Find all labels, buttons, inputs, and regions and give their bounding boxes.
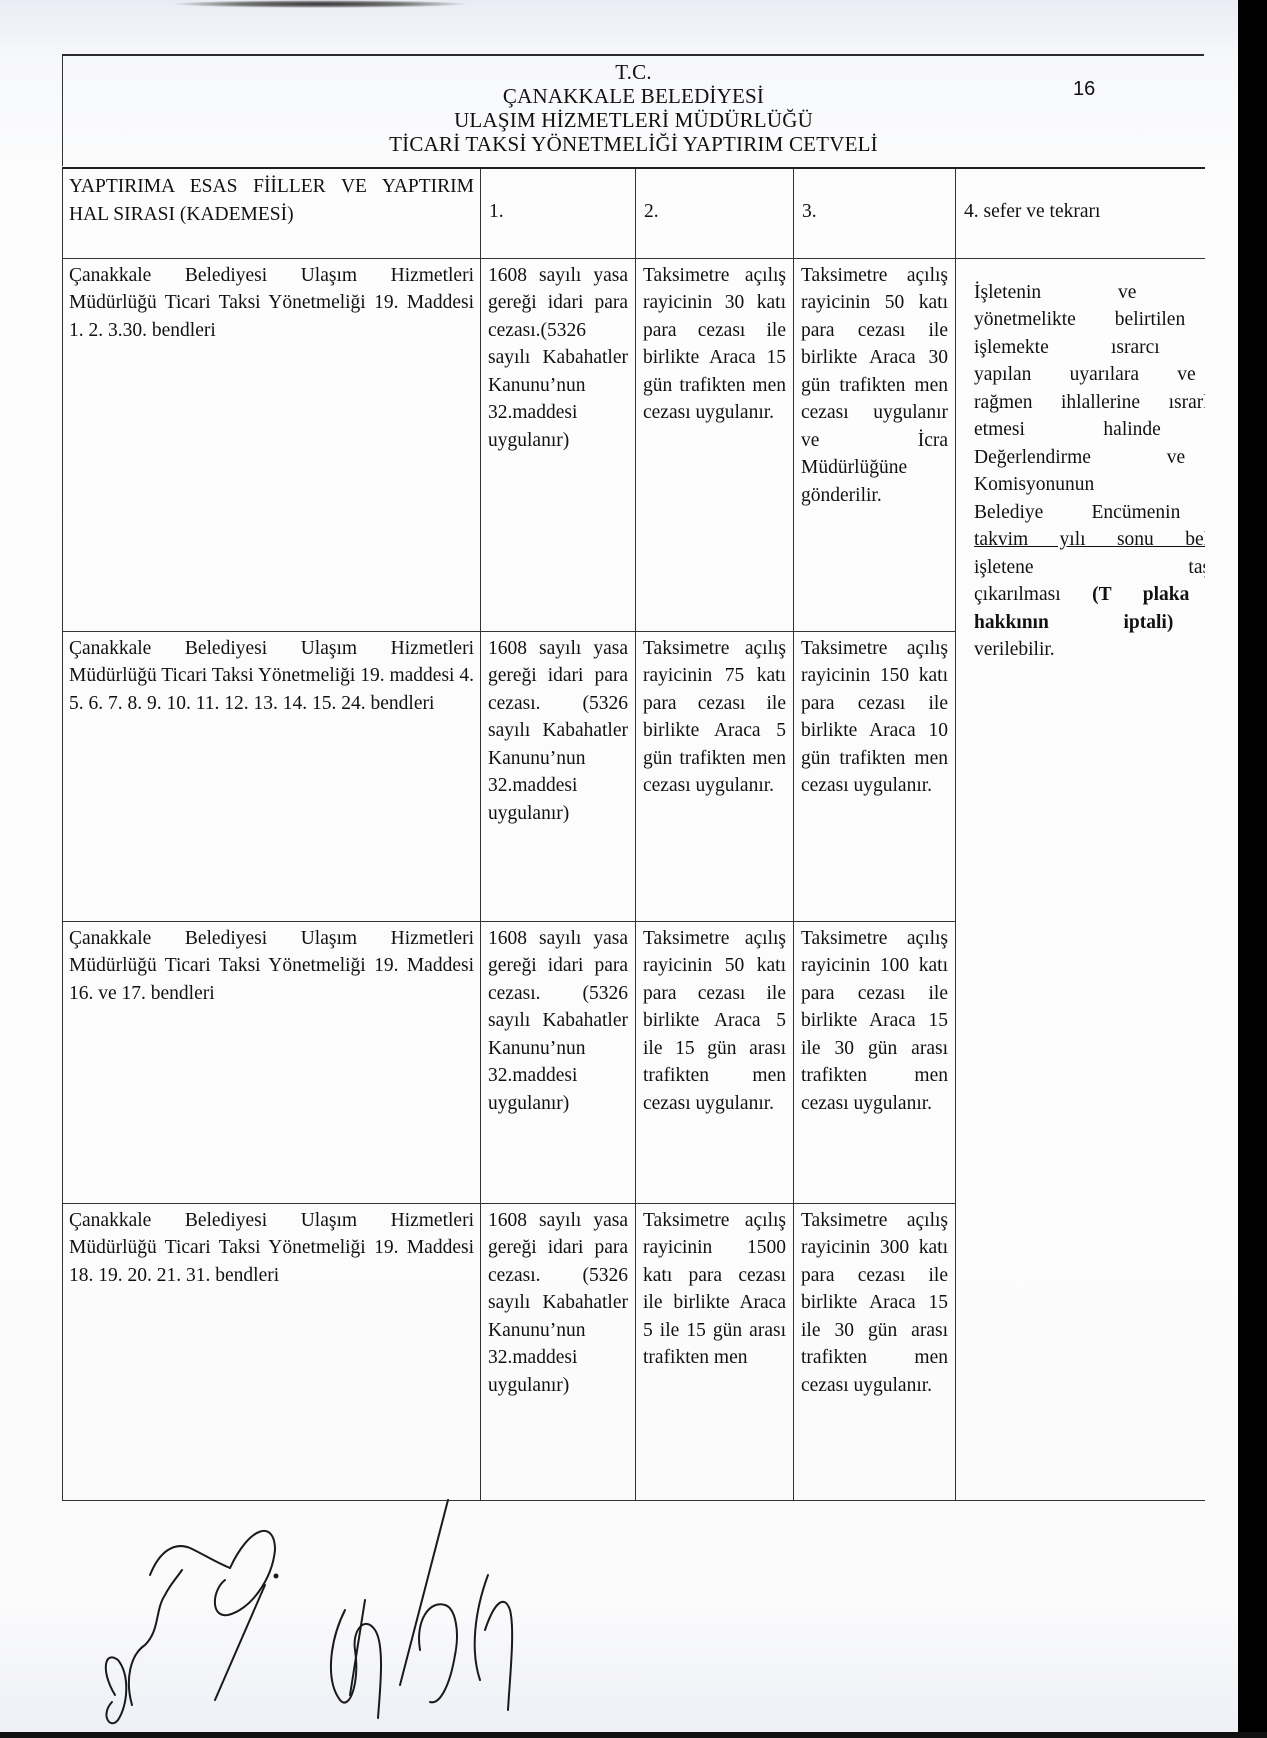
row-stage-2: Taksimetre açılış rayicinin 1500 katı pa… [636, 1203, 794, 1500]
row-act: Çanakkale Belediyesi Ulaşım Hizmetleri M… [63, 631, 481, 921]
row-stage-2: Taksimetre açılış rayicinin 50 katı para… [636, 921, 794, 1203]
header-acts: YAPTIRIMA ESAS FİİLLER VE YAPTIRIM HAL S… [63, 168, 481, 258]
row-stage-3: Taksimetre açılış rayicinin 100 katı par… [794, 921, 956, 1203]
page-number: 16 [1073, 78, 1095, 101]
row-stage-3: Taksimetre açılış rayicinin 300 katı par… [794, 1203, 956, 1500]
row-stage-3: Taksimetre açılış rayicinin 50 katı para… [794, 258, 956, 631]
row-stage-2: Taksimetre açılış rayicinin 30 katı para… [636, 258, 794, 631]
signatures [0, 1480, 1267, 1738]
header-tc: T.C. [63, 60, 1204, 84]
document-header: T.C. ÇANAKKALE BELEDİYESİ ULAŞIM HİZMETL… [62, 56, 1204, 166]
stage4-line: Değerlendirme ve C [974, 444, 1205, 472]
stage4-line: Komisyonunun tavsiyesi [974, 471, 1205, 499]
stage4-line-underlined: takvim yılı sonu beklemeksi [974, 526, 1205, 554]
table-header-row: YAPTIRIMA ESAS FİİLLER VE YAPTIRIM HAL S… [63, 168, 1205, 258]
row-act: Çanakkale Belediyesi Ulaşım Hizmetleri M… [63, 258, 481, 631]
signature-3 [331, 1500, 512, 1718]
row-stage-1: 1608 sayılı yasa gereği idari para cezas… [481, 921, 636, 1203]
stage4-text: çıkarılması [974, 584, 1092, 605]
header-stage-3: 3. [794, 168, 956, 258]
row-stage-3: Taksimetre açılış rayicinin 150 katı par… [794, 631, 956, 921]
header-stage-4: 4. sefer ve tekrarı [956, 168, 1205, 258]
stage4-bold-text: (T plaka kullan [1092, 584, 1204, 605]
row-stage-4-merged: İşletenin ve persone yönetmelikte belirt… [956, 258, 1205, 1500]
scan-artifact [170, 0, 470, 8]
sanction-table: YAPTIRIMA ESAS FİİLLER VE YAPTIRIM HAL S… [62, 167, 1205, 1501]
scan-edge-bottom [0, 1732, 1267, 1738]
signature-1 [106, 1546, 230, 1723]
header-stage-2: 2. [636, 168, 794, 258]
stage4-line: Belediye Encümenin kararı [974, 499, 1205, 527]
stage4-line: yapılan uyarılara ve cezal [974, 361, 1205, 389]
stage4-line-mixed: çıkarılması (T plaka kullan [974, 581, 1205, 609]
document-page: T.C. ÇANAKKALE BELEDİYESİ ULAŞIM HİZMETL… [0, 0, 1240, 1732]
stage4-line: verilebilir. [974, 636, 1205, 664]
stage4-line: etmesi halinde Şikâ [974, 416, 1205, 444]
row-act: Çanakkale Belediyesi Ulaşım Hizmetleri M… [63, 1203, 481, 1500]
header-municipality: ÇANAKKALE BELEDİYESİ [63, 84, 1204, 108]
table-row: Çanakkale Belediyesi Ulaşım Hizmetleri M… [63, 258, 1205, 631]
row-stage-2: Taksimetre açılış rayicinin 75 katı para… [636, 631, 794, 921]
header-document-title: TİCARİ TAKSİ YÖNETMELİĞİ YAPTIRIM CETVEL… [63, 132, 1204, 156]
row-stage-1: 1608 sayılı yasa gereği idari para cezas… [481, 258, 636, 631]
stage4-line: rağmen ihlallerine ısrarla dev [974, 389, 1205, 417]
scan-edge-right [1238, 0, 1267, 1738]
stage4-text: cez [1173, 612, 1204, 633]
stage4-line: İşletenin ve persone [974, 279, 1205, 307]
stage4-line: yönetmelikte belirtilen yasakl [974, 306, 1205, 334]
stage4-line-mixed: hakkının iptali) cez [974, 609, 1205, 637]
stage4-bold-text: hakkının iptali) [974, 612, 1173, 633]
row-act: Çanakkale Belediyesi Ulaşım Hizmetleri M… [63, 921, 481, 1203]
row-stage-1: 1608 sayılı yasa gereği idari para cezas… [481, 631, 636, 921]
header-stage-1: 1. [481, 168, 636, 258]
header-directorate: ULAŞIM HİZMETLERİ MÜDÜRLÜĞÜ [63, 108, 1204, 132]
row-stage-1: 1608 sayılı yasa gereği idari para cezas… [481, 1203, 636, 1500]
signature-2 [215, 1531, 278, 1700]
stage4-line: işlemekte ısrarcı olması [974, 334, 1205, 362]
stage4-line: işletene taşımacılık [974, 554, 1205, 582]
